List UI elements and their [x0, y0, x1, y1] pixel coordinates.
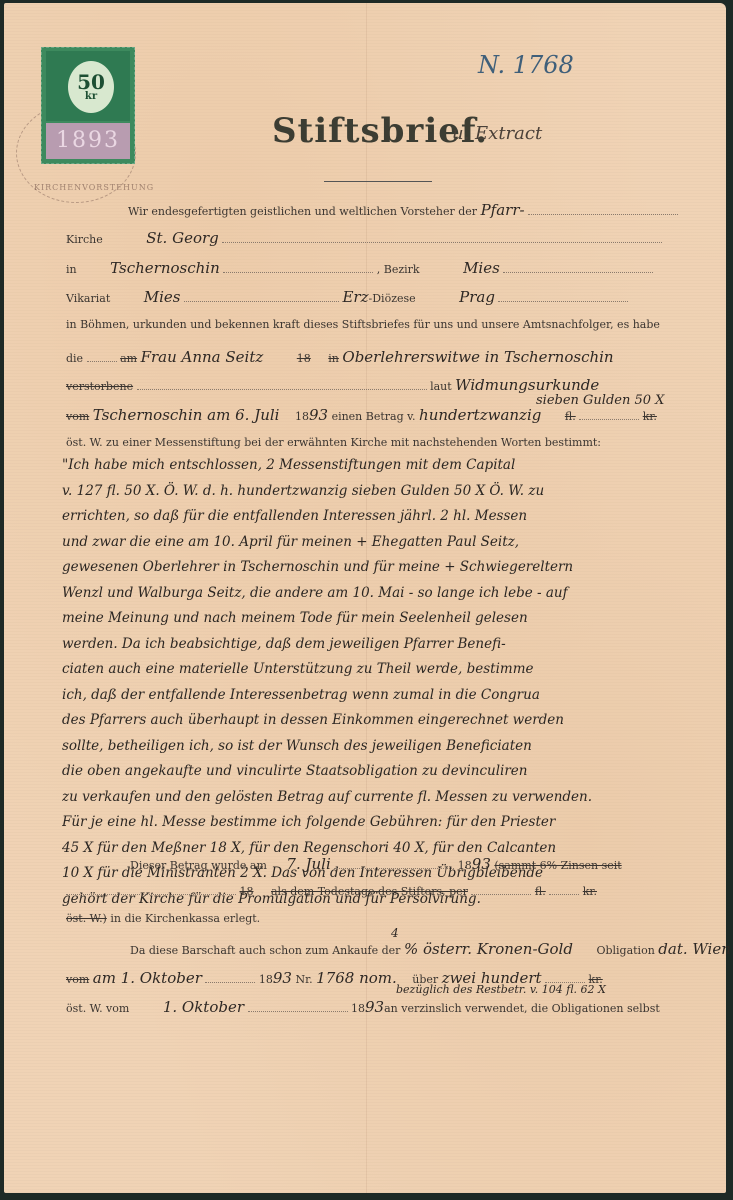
- betrag-value: hundertzwanzig: [419, 406, 541, 424]
- betrag-line: vom Tschernoschin am 6. Juli 1893 einen …: [66, 406, 657, 424]
- location-line: in Tschernoschin , Bezirk Mies: [66, 259, 653, 277]
- body-line: sollte, betheiligen ich, so ist der Wuns…: [62, 734, 692, 760]
- revenue-stamp: 50 kr 1893: [41, 47, 135, 164]
- document-page: KIRCHENVORSTEHUNG 50 kr 1893 N. 1768 Sti…: [4, 3, 726, 1193]
- handwritten-body: "Ich habe mich entschlossen, 2 Messensti…: [62, 453, 692, 912]
- body-line: die oben angekaufte und vinculirte Staat…: [62, 759, 692, 785]
- bezirk-label: , Bezirk: [377, 263, 420, 276]
- body-line: werden. Da ich beabsichtige, daß dem jew…: [62, 632, 692, 658]
- obligation-line: Da diese Barschaft auch schon zum Ankauf…: [130, 940, 731, 958]
- obligation-insert: bezüglich des Restbetr. v. 104 fl. 62 X: [396, 983, 606, 996]
- obligation-line-3: öst. W. vom 1. Oktober 1893an verzinslic…: [66, 998, 660, 1016]
- reference-number: N. 1768: [478, 51, 574, 79]
- in-value: Tschernoschin: [110, 259, 220, 277]
- body-line: des Pfarrers auch überhaupt in dessen Ei…: [62, 708, 692, 734]
- body-line: zu verkaufen und den gelösten Betrag auf…: [62, 785, 692, 811]
- deposit-line-3: öst. W.) in die Kirchenkassa erlegt.: [66, 912, 260, 925]
- donor-description: Oberlehrerswitwe in Tschernoschin: [342, 348, 613, 366]
- body-line: "Ich habe mich entschlossen, 2 Messensti…: [62, 453, 692, 479]
- date-value: Tschernoschin am 6. Juli: [93, 406, 280, 424]
- title-divider: [324, 181, 432, 182]
- kirche-value: St. Georg: [146, 229, 219, 247]
- stamp-unit: kr: [85, 92, 97, 102]
- vikariat-label: Vikariat: [66, 292, 110, 305]
- kirche-line: Kirche St. Georg: [66, 229, 662, 247]
- obligation-number: 1768 nom.: [316, 969, 397, 987]
- stamp-year: 1893: [46, 123, 130, 159]
- dioezese-value: Prag: [459, 288, 495, 306]
- donor-name: Frau Anna Seitz: [141, 348, 264, 366]
- dioezese-prefix: Erz: [342, 288, 368, 306]
- stamp-value-circle: 50 kr: [68, 61, 114, 113]
- dioezese-label: -Diözese: [369, 292, 416, 305]
- intro-value: Pfarr-: [481, 201, 525, 219]
- deposit-line: Dieser Betrag wurde am 7. Juli 1893 (sam…: [130, 855, 622, 873]
- body-line: gewesenen Oberlehrer in Tschernoschin un…: [62, 555, 692, 581]
- boehmen-line: in Böhmen, urkunden und bekennen kraft d…: [66, 318, 660, 331]
- stamp-value: 50: [77, 72, 105, 92]
- vikariat-value: Mies: [144, 288, 181, 306]
- body-line: ich, daß der entfallende Interessenbetra…: [62, 683, 692, 709]
- body-line: v. 127 fl. 50 X. Ö. W. d. h. hundertzwan…: [62, 479, 692, 505]
- seal-text: KIRCHENVORSTEHUNG: [34, 183, 154, 192]
- body-line: meine Meinung und nach meinem Tode für m…: [62, 606, 692, 632]
- kirche-label: Kirche: [66, 233, 103, 246]
- vikariat-line: Vikariat Mies Erz-Diözese Prag: [66, 288, 628, 306]
- in-label: in: [66, 263, 77, 276]
- obligation-type: % österr. Kronen-Gold: [404, 940, 573, 958]
- title-annotation: u. Extract: [452, 123, 542, 144]
- oesterr-line: öst. W. zu einer Messenstiftung bei der …: [66, 436, 601, 449]
- body-line: errichten, so daß für die entfallenden I…: [62, 504, 692, 530]
- percent-note: 4: [391, 926, 399, 940]
- body-line: Wenzl und Walburga Seitz, die andere am …: [62, 581, 692, 607]
- bezirk-value: Mies: [463, 259, 500, 277]
- verstorbene-line: verstorbene laut Widmungsurkunde: [66, 376, 599, 394]
- body-line: Für je eine hl. Messe bestimme ich folge…: [62, 810, 692, 836]
- deposit-line-2: 18 als dem Todestage des Stifters, per f…: [66, 884, 597, 898]
- intro-line: Wir endesgefertigten geistlichen und wel…: [128, 201, 678, 219]
- laut-value: Widmungsurkunde: [455, 376, 599, 394]
- deposit-date: 7. Juli: [286, 855, 330, 873]
- body-line: und zwar die eine am 10. April für meine…: [62, 530, 692, 556]
- donor-line: die am Frau Anna Seitz 18 in Oberlehrers…: [66, 348, 614, 366]
- body-line: ciaten auch eine materielle Unterstützun…: [62, 657, 692, 683]
